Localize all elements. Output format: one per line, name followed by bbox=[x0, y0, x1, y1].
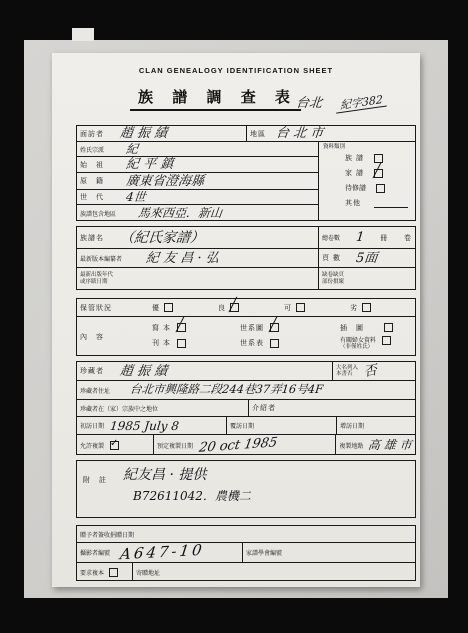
category-daixiupu-label: 待修譜 bbox=[345, 183, 366, 193]
origin-value: 廣東省澄海縣 bbox=[125, 175, 204, 188]
generation-value: 4世 bbox=[125, 191, 146, 203]
copy-request-label: 要求複本 bbox=[80, 568, 104, 577]
volumes-label: 總卷數 bbox=[322, 233, 340, 242]
content-kanben-checkbox bbox=[177, 339, 186, 348]
origin-label: 原 籍 bbox=[80, 176, 104, 186]
volumes-unit-ce: 冊 bbox=[380, 233, 388, 243]
holder-table: 珍藏者 趙 振 績 大名列入 本書否 否 珍藏者住址 台北市興隆路二段244巷3… bbox=[76, 361, 416, 455]
content-xieben-checkbox bbox=[177, 323, 186, 332]
category-jiapu-checkbox bbox=[374, 169, 383, 178]
copy-place-label: 複製地點 bbox=[339, 441, 363, 450]
volumes-unit-juan: 卷 bbox=[404, 233, 412, 243]
copy-place-value: 高 雄 市 bbox=[368, 439, 413, 451]
editor-label: 最新版本編纂者 bbox=[80, 254, 122, 263]
content-label: 內 容 bbox=[80, 332, 104, 342]
survey-form-page: CLAN GENEALOGY IDENTIFICATION SHEET 族 譜 … bbox=[52, 53, 420, 587]
keep-opt-you-label: 優 bbox=[152, 303, 160, 313]
content-kanben-label: 刊 本 bbox=[152, 338, 171, 348]
missing-label-line2: 部份損壞 bbox=[322, 279, 344, 286]
coverage-value: 馬來西亞．新山 bbox=[137, 207, 222, 219]
genealogy-title-value: （紀氏家譜） bbox=[119, 231, 204, 245]
content-chatu-label: 插 圖 bbox=[340, 323, 364, 333]
keep-opt-liang-label: 良 bbox=[218, 303, 226, 313]
category-other-label: 其他 bbox=[345, 198, 361, 208]
category-zupu-label: 族 譜 bbox=[345, 153, 364, 163]
condition-table: 保管狀況 優 良 可 劣 內 容 寫 本 世系圖 插 圖 刊 本 世系表 bbox=[76, 298, 416, 356]
holder-address-label: 珍藏者住址 bbox=[80, 386, 110, 395]
holder-position-label: 珍藏者在（家）宗族中之地位 bbox=[80, 404, 158, 413]
photo-background: CLAN GENEALOGY IDENTIFICATION SHEET 族 譜 … bbox=[24, 40, 448, 598]
category-jiapu-label: 家 譜 bbox=[345, 168, 364, 178]
copy-permit-checkbox bbox=[110, 441, 119, 450]
editor-value: 紀 友 昌 · 弘 bbox=[145, 252, 219, 265]
notes-table: 附 註 紀友昌 · 提供 B72611042．農機二 bbox=[76, 460, 416, 518]
photographer-number-value: A647-10 bbox=[119, 543, 205, 563]
clan-value: 紀 bbox=[125, 143, 138, 155]
pages-value: 5面 bbox=[355, 252, 378, 265]
holder-value: 趙 振 績 bbox=[119, 365, 168, 378]
coverage-label: 族譜包含地區 bbox=[80, 209, 116, 218]
copy-permit-label: 允許複製 bbox=[80, 441, 104, 450]
copy-date-value: 20 oct 1985 bbox=[198, 436, 278, 455]
category-column: 資料類別 族 譜 家 譜 待修譜 其他 bbox=[319, 142, 415, 221]
holder-address-value: 台北市興隆路二段244巷37弄16号4F bbox=[129, 384, 323, 396]
film-notch bbox=[72, 28, 94, 41]
listed-value: 否 bbox=[363, 363, 378, 378]
content-shixibiao-label: 世系表 bbox=[240, 338, 264, 348]
keep-opt-lie-label: 劣 bbox=[350, 303, 358, 313]
content-women-note: （非僅姓氏） bbox=[340, 344, 376, 351]
notes-line2: B72611042．農機二 bbox=[133, 489, 251, 503]
interviewer-label: 面訪者 bbox=[80, 129, 104, 139]
send-address-label: 寄贈地址 bbox=[136, 568, 160, 577]
content-women-checkbox bbox=[382, 336, 391, 345]
content-shixibiao-checkbox bbox=[270, 339, 279, 348]
keep-opt-ke-checkbox bbox=[296, 303, 305, 312]
region-value: 台 北 市 bbox=[275, 127, 324, 140]
region-label: 地區 bbox=[250, 129, 266, 139]
content-chatu-checkbox bbox=[384, 323, 393, 332]
annotation-code: 紀字382 bbox=[336, 93, 387, 113]
handwritten-annotation: 台北 紀字382 bbox=[296, 97, 387, 110]
society-number-label: 家譜學會編號 bbox=[246, 548, 282, 557]
basic-info-table: 面訪者 趙 振 績 地區 台 北 市 姓氏宗派 紀 始 祖 紀 平 鎮 原 bbox=[76, 125, 416, 221]
pubdate-value-empty bbox=[116, 268, 318, 289]
numbering-table: 贈予者簽收捐贈日期 攝影者編號 A647-10 家譜學會編號 要求複本 寄贈地址 bbox=[76, 525, 416, 581]
keep-label: 保管狀況 bbox=[80, 303, 112, 313]
photographer-number-label: 攝影者編號 bbox=[80, 548, 110, 557]
copy-date-label: 預定複製日期 bbox=[157, 441, 193, 450]
first-visit-label: 初訪日期 bbox=[80, 421, 104, 430]
keep-opt-liang-checkbox bbox=[230, 303, 239, 312]
pubdate-label-line2: 或序跋日期 bbox=[80, 279, 108, 286]
annotation-city: 台北 bbox=[295, 97, 322, 110]
clan-label: 姓氏宗派 bbox=[80, 145, 104, 154]
form-title: 族 譜 調 查 表 bbox=[130, 86, 301, 111]
content-shixitu-checkbox bbox=[270, 323, 279, 332]
keep-opt-lie-checkbox bbox=[362, 303, 371, 312]
pages-label: 頁 數 bbox=[322, 253, 341, 263]
notes-label: 附 註 bbox=[83, 477, 107, 484]
copy-request-checkbox bbox=[109, 568, 118, 577]
keep-opt-ke-label: 可 bbox=[284, 303, 292, 313]
interviewer-value: 趙 振 績 bbox=[119, 127, 168, 140]
category-other-line bbox=[374, 198, 408, 208]
volume-info-table: 族譜名 （紀氏家譜） 最新版本編纂者 紀 友 昌 · 弘 最新出版年代 或序跋日… bbox=[76, 226, 416, 290]
donation-date-label: 贈予者簽收捐贈日期 bbox=[80, 530, 134, 539]
genealogy-title-label: 族譜名 bbox=[80, 233, 104, 243]
first-visit-value: 1985 July 8 bbox=[109, 420, 179, 432]
founder-value: 紀 平 鎮 bbox=[125, 158, 174, 171]
second-visit-label: 覆訪日期 bbox=[230, 421, 254, 430]
listed-label-line2: 本書否 bbox=[336, 371, 358, 378]
generation-label: 世 代 bbox=[80, 192, 104, 202]
more-visit-label: 增訪日期 bbox=[340, 421, 364, 430]
category-daixiupu-checkbox bbox=[376, 184, 385, 193]
notes-line1: 紀友昌 · 提供 bbox=[123, 467, 206, 483]
volumes-value: 1 bbox=[355, 231, 365, 244]
introducer-label: 介紹者 bbox=[252, 403, 276, 413]
content-shixitu-label: 世系圖 bbox=[240, 323, 264, 333]
category-zupu-checkbox bbox=[374, 154, 383, 163]
keep-opt-you-checkbox bbox=[164, 303, 173, 312]
founder-label: 始 祖 bbox=[80, 160, 104, 170]
content-xieben-label: 寫 本 bbox=[152, 323, 171, 333]
holder-label: 珍藏者 bbox=[80, 366, 104, 376]
sheet-title: CLAN GENEALOGY IDENTIFICATION SHEET bbox=[52, 66, 420, 75]
content-women-label: 有關婦女資料 bbox=[340, 335, 376, 344]
